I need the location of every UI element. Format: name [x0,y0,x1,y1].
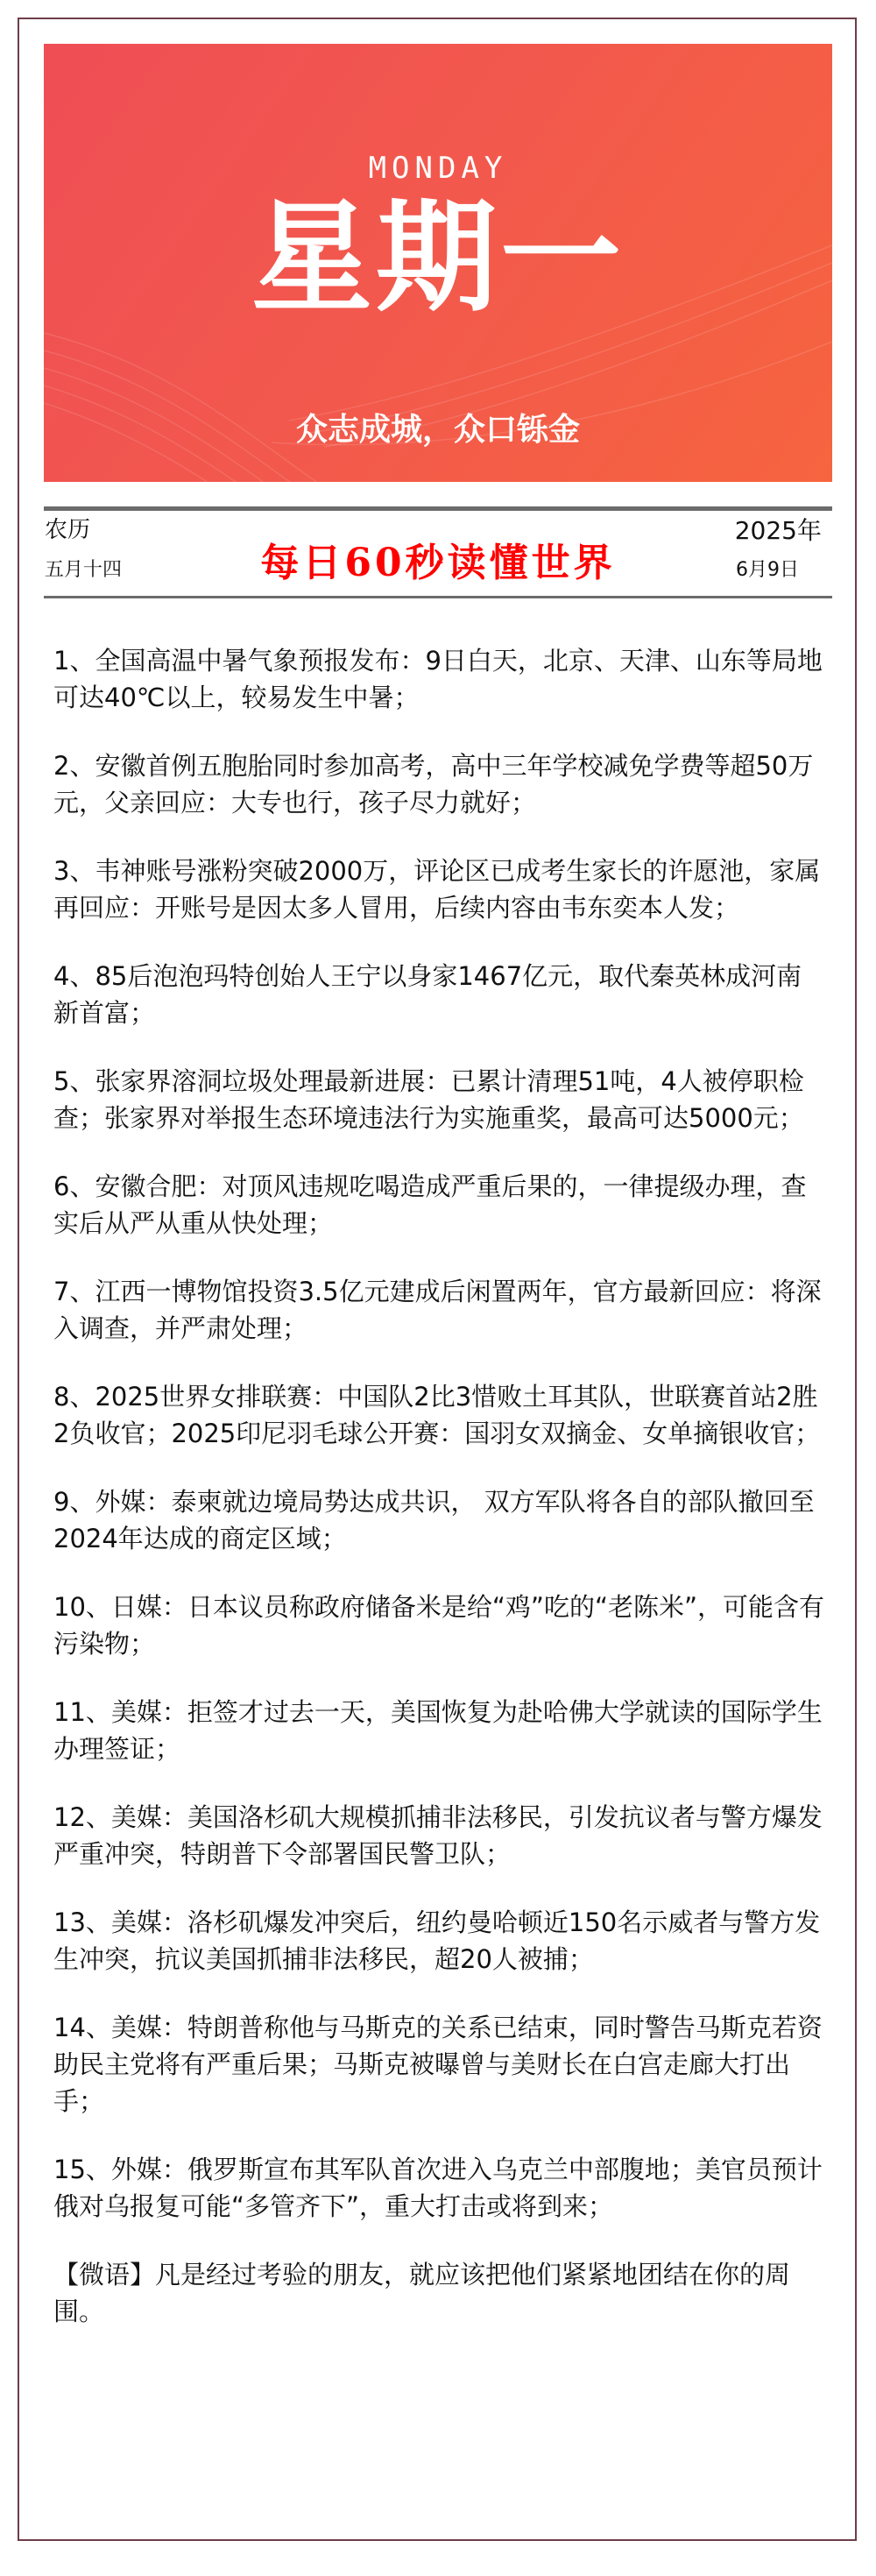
news-item: 11、美媒：拒签才过去一天，美国恢复为赴哈佛大学就读的国际学生办理签证； [53,1694,824,1767]
daily-quote: 【微语】凡是经过考验的朋友，就应该把他们紧紧地团结在你的周围。 [53,2256,824,2330]
news-item: 3、韦神账号涨粉突破2000万，评论区已成考生家长的许愿池，家属再回应：开账号是… [53,853,824,926]
news-item: 15、外媒：俄罗斯宣布其军队首次进入乌克兰中部腹地；美官员预计俄对乌报复可能“多… [53,2151,824,2225]
weekday-chinese: 星期一 [44,197,832,318]
news-item: 6、安徽合肥：对顶风违规吃喝造成严重后果的，一律提级办理，查实后从严从重从快处理… [53,1168,824,1242]
news-item: 5、张家界溶洞垃圾处理最新进展：已累计清理51吨，4人被停职检查；张家界对举报生… [53,1063,824,1136]
news-item: 12、美媒：美国洛杉矶大规模抓捕非法移民，引发抗议者与警方爆发严重冲突，特朗普下… [53,1799,824,1872]
weekday-english: MONDAY [44,151,832,186]
news-item: 13、美媒：洛杉矶爆发冲突后，纽约曼哈顿近150名示威者与警方发生冲突，抗议美国… [53,1904,824,1978]
news-item: 8、2025世界女排联赛：中国队2比3惜败土耳其队，世联赛首站2胜2负收官；20… [53,1378,824,1452]
hero-slogan: 众志成城，众口铄金 [44,405,832,449]
news-item: 7、江西一博物馆投资3.5亿元建成后闲置两年，官方最新回应：将深入调查，并严肃处… [53,1273,824,1347]
news-list: 1、全国高温中暑气象预报发布：9日白天，北京、天津、山东等局地可达40℃以上，较… [53,642,824,2330]
divider-top [44,506,832,511]
news-item: 1、全国高温中暑气象预报发布：9日白天，北京、天津、山东等局地可达40℃以上，较… [53,642,824,716]
news-item: 10、日媒：日本议员称政府储备米是给“鸡”吃的“老陈米”，可能含有污染物； [53,1589,824,1662]
hero-banner: MONDAY 星期一 众志成城，众口铄金 [44,44,832,482]
year-label: 2025年 [735,512,822,547]
month-day-label: 6月9日 [736,555,799,582]
divider-bottom [44,596,832,598]
news-item: 9、外媒：泰柬就边境局势达成共识， 双方军队将各自的部队撤回至2024年达成的商… [53,1483,824,1557]
news-item: 2、安徽首例五胞胎同时参加高考，高中三年学校减免学费等超50万元，父亲回应：大专… [53,747,824,821]
news-item: 14、美媒：特朗普称他与马斯克的关系已结束，同时警告马斯克若资助民主党将有严重后… [53,2009,824,2120]
news-item: 4、85后泡泡玛特创始人王宁以身家1467亿元，取代秦英林成河南新首富； [53,958,824,1031]
